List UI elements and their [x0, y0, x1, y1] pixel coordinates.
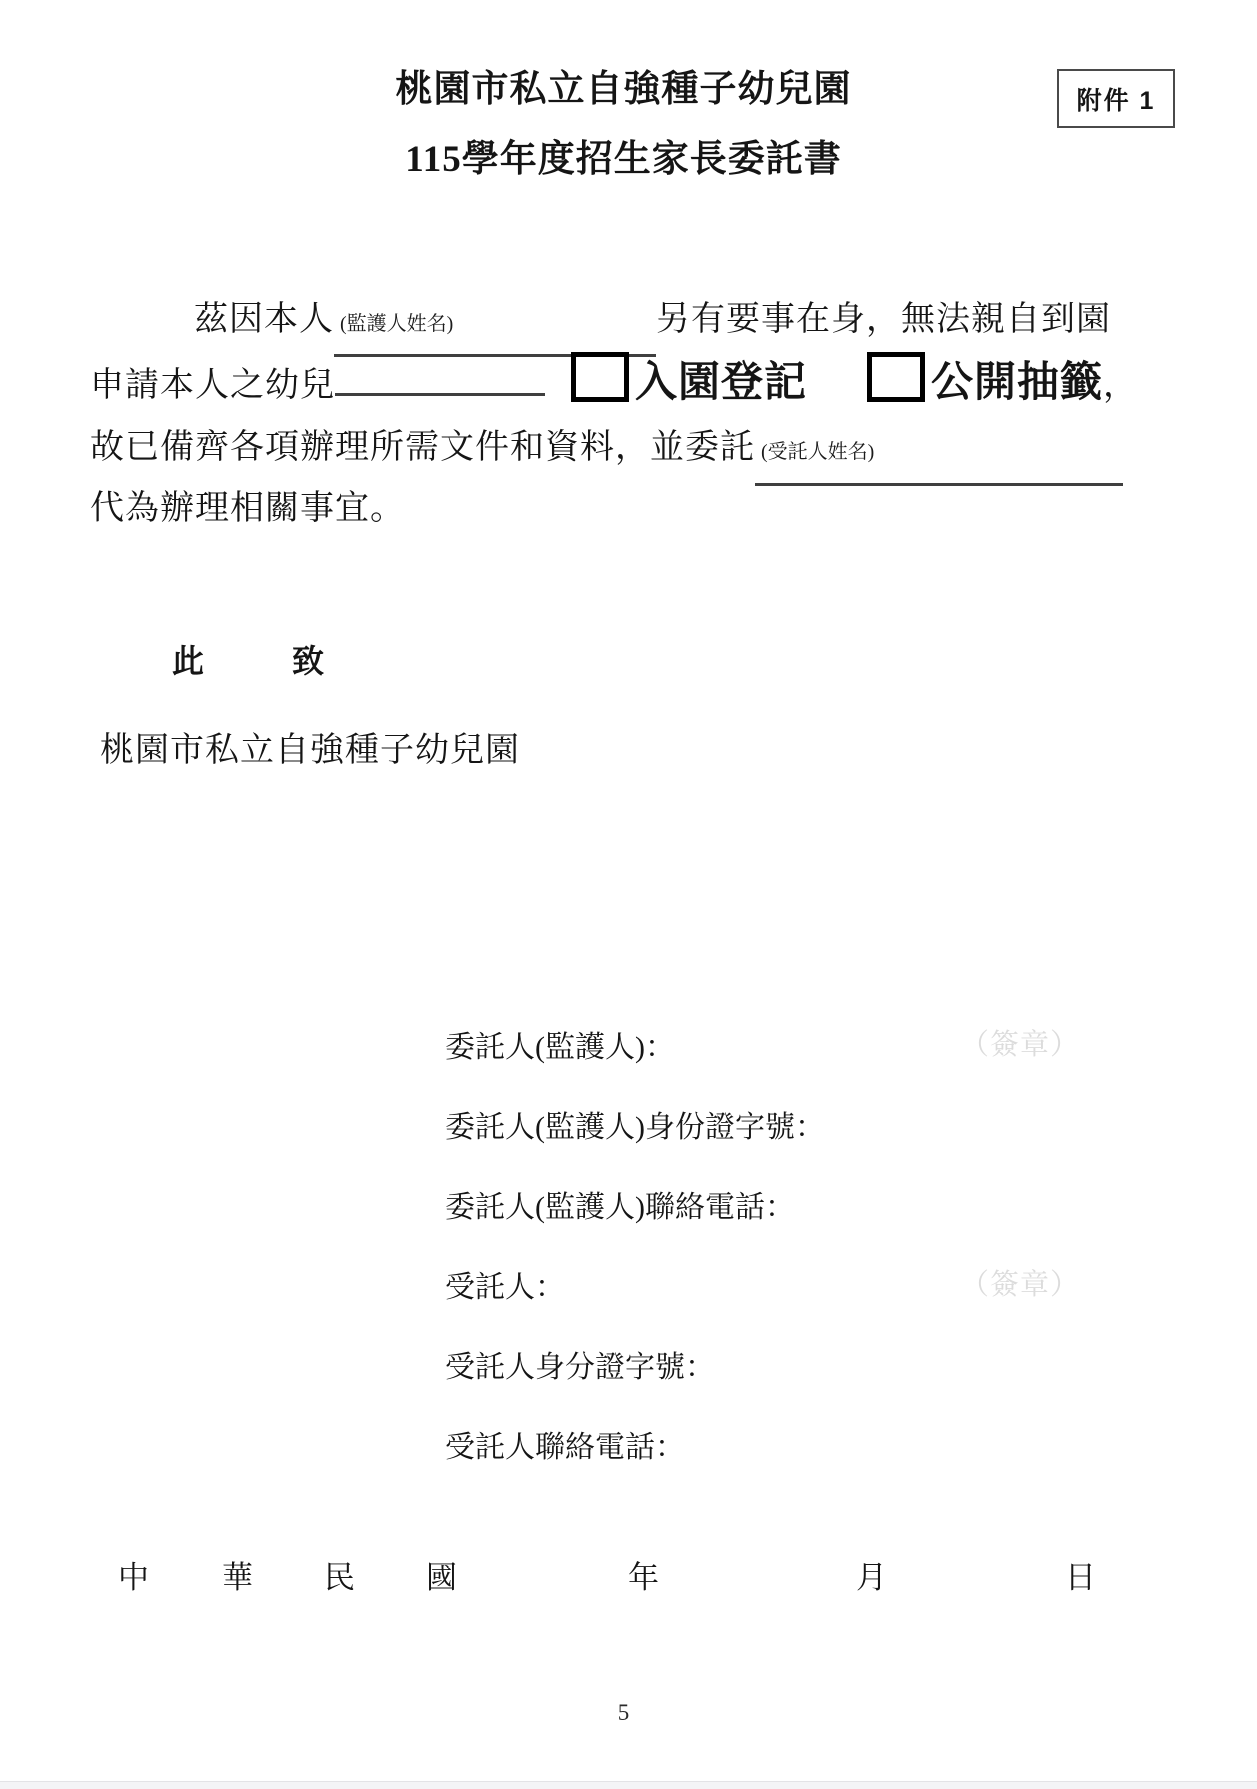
salutation-first-char: 此	[172, 643, 204, 679]
body-line-2: 申請本人之幼兒入園登記公開抽籤，	[90, 350, 1210, 417]
addressee-line: 桃園市私立自強種子幼兒園	[100, 722, 520, 771]
signature-row-trustee: 受託人： （簽章）	[445, 1262, 1205, 1342]
line4-text: 代為辦理相關事宜。	[90, 490, 405, 527]
date-char-month: 月	[856, 1552, 887, 1597]
salutation: 此致	[172, 636, 324, 682]
principal-label: 委託人(監護人)：	[445, 1031, 675, 1064]
date-char-guo: 國	[426, 1552, 457, 1597]
line1-pre-text: 茲因本人	[194, 301, 334, 338]
registration-option-label: 入園登記	[635, 360, 807, 406]
signature-row-trustee-id: 受託人身分證字號：	[445, 1342, 1205, 1422]
date-char-year: 年	[628, 1552, 659, 1597]
signature-row-principal: 委託人(監護人)： （簽章）	[445, 1022, 1205, 1102]
line2-pre-text: 申請本人之幼兒	[90, 367, 335, 404]
signature-row-trustee-phone: 受託人聯絡電話：	[445, 1422, 1205, 1502]
trustee-name-blank[interactable]: (受託人姓名)	[755, 417, 1123, 486]
roc-date-line: 中 華 民 國 年 月 日	[0, 1552, 1257, 1592]
lottery-option-label: 公開抽籤	[931, 360, 1103, 406]
guardian-name-hint: (監護人姓名)	[334, 313, 453, 335]
document-page: 附件 1 桃園市私立自強種子幼兒園 115學年度招生家長委託書 茲因本人(監護人…	[0, 0, 1257, 1789]
line3-pre-text: 故已備齊各項辦理所需文件和資料，並委託	[90, 429, 755, 466]
line2-comma: ，	[1103, 367, 1138, 404]
trustee-name-hint: (受託人姓名)	[755, 441, 874, 463]
date-char-zhong: 中	[118, 1552, 149, 1597]
date-char-min: 民	[324, 1552, 355, 1597]
signature-row-principal-phone: 委託人(監護人)聯絡電話：	[445, 1182, 1205, 1262]
page-number: 5	[0, 1700, 1247, 1726]
salutation-second-char: 致	[292, 643, 324, 679]
line1-post-text: 另有要事在身，無法親自到園	[656, 301, 1111, 338]
body-line-1: 茲因本人(監護人姓名)另有要事在身，無法親自到園	[90, 290, 1210, 350]
date-char-hua: 華	[222, 1552, 253, 1597]
registration-checkbox[interactable]	[571, 352, 629, 402]
page-subtitle: 115學年度招生家長委託書	[0, 136, 1247, 184]
principal-seal-hint: （簽章）	[960, 1022, 1080, 1063]
trustee-id-label: 受託人身分證字號：	[445, 1351, 715, 1384]
child-name-blank[interactable]	[335, 393, 545, 396]
principal-phone-label: 委託人(監護人)聯絡電話：	[445, 1191, 795, 1224]
signature-section: 委託人(監護人)： （簽章） 委託人(監護人)身份證字號： 委託人(監護人)聯絡…	[445, 1022, 1205, 1502]
guardian-name-blank[interactable]: (監護人姓名)	[334, 290, 656, 357]
document-header: 桃園市私立自強種子幼兒園 115學年度招生家長委託書	[0, 66, 1247, 184]
body-line-4: 代為辦理相關事宜。	[90, 478, 1210, 539]
trustee-seal-hint: （簽章）	[960, 1262, 1080, 1303]
principal-id-label: 委託人(監護人)身份證字號：	[445, 1111, 825, 1144]
viewer-bottom-edge	[0, 1781, 1257, 1789]
signature-row-principal-id: 委託人(監護人)身份證字號：	[445, 1102, 1205, 1182]
trustee-phone-label: 受託人聯絡電話：	[445, 1431, 685, 1464]
trustee-label: 受託人：	[445, 1271, 565, 1304]
page-title: 桃園市私立自強種子幼兒園	[0, 66, 1247, 114]
lottery-checkbox[interactable]	[867, 352, 925, 402]
body-line-3: 故已備齊各項辦理所需文件和資料，並委託(受託人姓名)	[90, 417, 1210, 478]
date-char-day: 日	[1065, 1552, 1096, 1597]
body-paragraph: 茲因本人(監護人姓名)另有要事在身，無法親自到園 申請本人之幼兒入園登記公開抽籤…	[90, 290, 1210, 539]
